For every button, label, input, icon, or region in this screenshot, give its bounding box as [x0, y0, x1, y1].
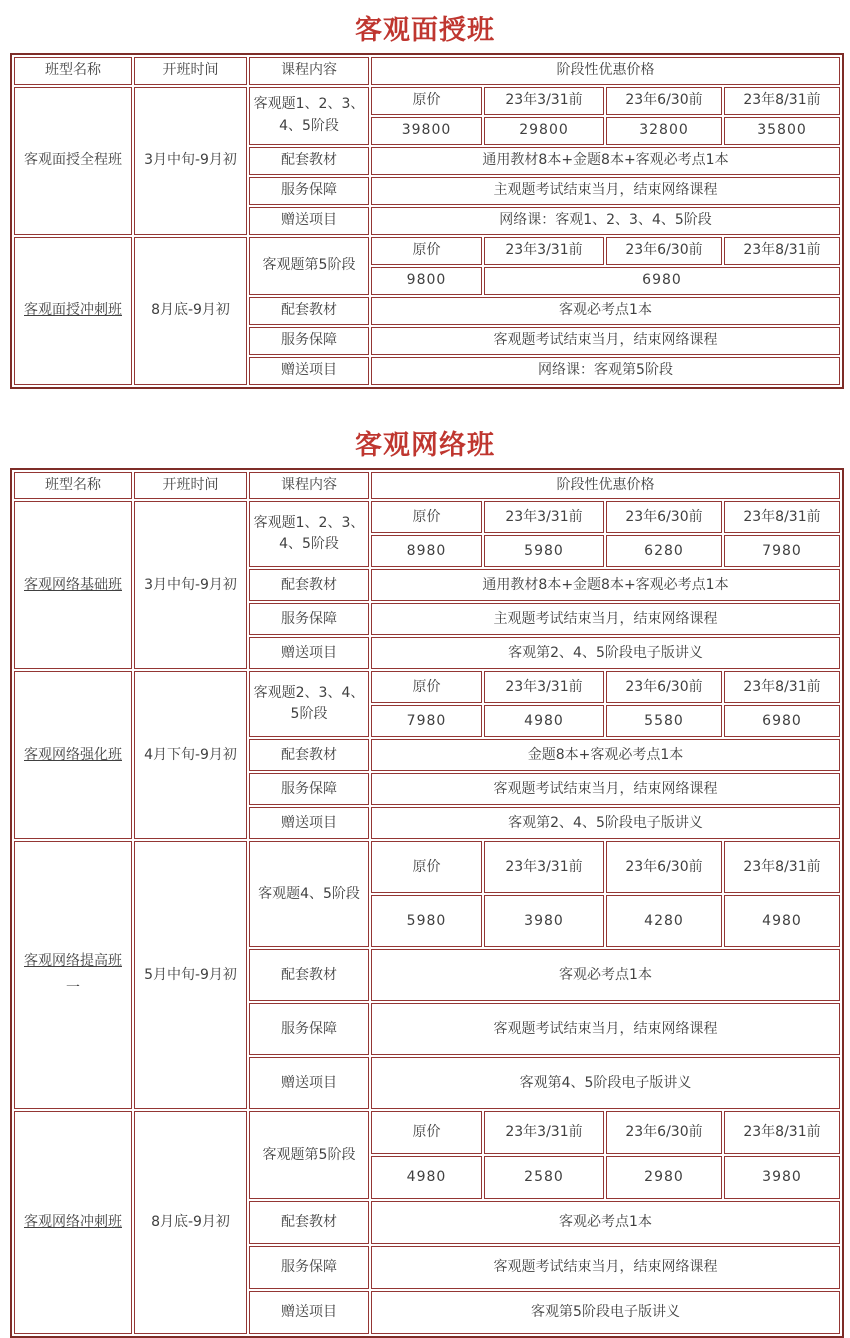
group-row-price-header: 客观面授冲刺班8月底-9月初客观题第5阶段原价23年3/31前23年6/30前2… [14, 237, 840, 265]
price-value-cell: 5980 [371, 895, 482, 947]
pricing-table: 班型名称开班时间课程内容阶段性优惠价格客观面授全程班3月中旬-9月初客观题1、2… [10, 53, 844, 389]
table-header-row: 班型名称开班时间课程内容阶段性优惠价格 [14, 57, 840, 85]
row-label-bonus: 赠送项目 [249, 637, 369, 669]
price-header-cell: 23年3/31前 [484, 237, 604, 265]
price-header-cell: 23年6/30前 [606, 87, 722, 115]
course-content-cell: 客观题4、5阶段 [249, 841, 369, 947]
row-label-materials: 配套教材 [249, 1201, 369, 1244]
price-header-cell: 23年8/31前 [724, 237, 840, 265]
start-time-cell: 4月下旬-9月初 [134, 671, 247, 839]
group-row-price-header: 客观面授全程班3月中旬-9月初客观题1、2、3、4、5阶段原价23年3/31前2… [14, 87, 840, 115]
row-label-bonus: 赠送项目 [249, 807, 369, 839]
price-header-cell: 23年6/30前 [606, 501, 722, 533]
row-value-bonus: 客观第2、4、5阶段电子版讲义 [371, 807, 840, 839]
price-header-cell: 原价 [371, 501, 482, 533]
pricing-section: 客观面授班班型名称开班时间课程内容阶段性优惠价格客观面授全程班3月中旬-9月初客… [0, 8, 850, 389]
price-header-cell: 23年3/31前 [484, 87, 604, 115]
group-row-price-header: 客观网络冲刺班8月底-9月初客观题第5阶段原价23年3/31前23年6/30前2… [14, 1111, 840, 1154]
pricing-section: 客观网络班班型名称开班时间课程内容阶段性优惠价格客观网络基础班3月中旬-9月初客… [0, 423, 850, 1338]
price-header-cell: 23年6/30前 [606, 841, 722, 893]
price-value-cell: 6980 [724, 705, 840, 737]
price-value-cell: 4280 [606, 895, 722, 947]
price-header-cell: 23年3/31前 [484, 841, 604, 893]
start-time-cell: 3月中旬-9月初 [134, 87, 247, 235]
course-content-cell: 客观题1、2、3、4、5阶段 [249, 87, 369, 145]
course-content-cell: 客观题第5阶段 [249, 237, 369, 295]
class-name-cell: 客观面授全程班 [14, 87, 132, 235]
price-header-cell: 23年8/31前 [724, 841, 840, 893]
price-value-cell: 5980 [484, 535, 604, 567]
page: 客观面授班班型名称开班时间课程内容阶段性优惠价格客观面授全程班3月中旬-9月初客… [0, 0, 850, 1338]
row-label-materials: 配套教材 [249, 569, 369, 601]
row-value-bonus: 客观第5阶段电子版讲义 [371, 1291, 840, 1334]
price-value-cell: 9800 [371, 267, 482, 295]
price-value-cell: 5580 [606, 705, 722, 737]
price-value-cell: 6980 [484, 267, 840, 295]
price-header-cell: 23年3/31前 [484, 1111, 604, 1154]
price-header-cell: 原价 [371, 87, 482, 115]
column-header-price: 阶段性优惠价格 [371, 57, 840, 85]
price-value-cell: 2980 [606, 1156, 722, 1199]
row-label-bonus: 赠送项目 [249, 1291, 369, 1334]
price-header-cell: 23年8/31前 [724, 1111, 840, 1154]
row-label-service: 服务保障 [249, 1246, 369, 1289]
class-name-cell: 客观网络强化班 [14, 671, 132, 839]
price-header-cell: 23年3/31前 [484, 671, 604, 703]
price-value-cell: 29800 [484, 117, 604, 145]
class-name-cell: 客观网络提高班一 [14, 841, 132, 1109]
class-name-text: 客观面授全程班 [24, 152, 122, 168]
row-label-service: 服务保障 [249, 177, 369, 205]
row-value-service: 主观题考试结束当月，结束网络课程 [371, 177, 840, 205]
row-label-bonus: 赠送项目 [249, 357, 369, 385]
price-value-cell: 39800 [371, 117, 482, 145]
price-value-cell: 7980 [371, 705, 482, 737]
column-header-course-content: 课程内容 [249, 472, 369, 500]
price-header-cell: 23年8/31前 [724, 671, 840, 703]
start-time-cell: 5月中旬-9月初 [134, 841, 247, 1109]
price-header-cell: 23年8/31前 [724, 87, 840, 115]
row-label-bonus: 赠送项目 [249, 207, 369, 235]
row-label-service: 服务保障 [249, 773, 369, 805]
row-value-bonus: 网络课：客观第5阶段 [371, 357, 840, 385]
course-content-cell: 客观题第5阶段 [249, 1111, 369, 1199]
class-name-line2: 一 [18, 978, 128, 1000]
group-row-price-header: 客观网络强化班4月下旬-9月初客观题2、3、4、5阶段原价23年3/31前23年… [14, 671, 840, 703]
column-header-price: 阶段性优惠价格 [371, 472, 840, 500]
price-value-cell: 3980 [484, 895, 604, 947]
row-value-materials: 客观必考点1本 [371, 1201, 840, 1244]
start-time-cell: 8月底-9月初 [134, 237, 247, 385]
class-name-text[interactable]: 客观网络基础班 [24, 577, 122, 593]
row-label-service: 服务保障 [249, 603, 369, 635]
course-content-cell: 客观题2、3、4、5阶段 [249, 671, 369, 737]
start-time-cell: 8月底-9月初 [134, 1111, 247, 1334]
price-header-cell: 23年6/30前 [606, 671, 722, 703]
column-header-start-time: 开班时间 [134, 472, 247, 500]
price-value-cell: 4980 [484, 705, 604, 737]
row-label-service: 服务保障 [249, 327, 369, 355]
pricing-table: 班型名称开班时间课程内容阶段性优惠价格客观网络基础班3月中旬-9月初客观题1、2… [10, 468, 844, 1338]
column-header-course-content: 课程内容 [249, 57, 369, 85]
row-value-materials: 客观必考点1本 [371, 949, 840, 1001]
price-value-cell: 4980 [371, 1156, 482, 1199]
row-value-materials: 客观必考点1本 [371, 297, 840, 325]
group-row-price-header: 客观网络提高班一5月中旬-9月初客观题4、5阶段原价23年3/31前23年6/3… [14, 841, 840, 893]
group-row-price-header: 客观网络基础班3月中旬-9月初客观题1、2、3、4、5阶段原价23年3/31前2… [14, 501, 840, 533]
row-value-service: 客观题考试结束当月，结束网络课程 [371, 1246, 840, 1289]
row-value-bonus: 客观第4、5阶段电子版讲义 [371, 1057, 840, 1109]
row-label-materials: 配套教材 [249, 949, 369, 1001]
price-header-cell: 原价 [371, 671, 482, 703]
price-value-cell: 8980 [371, 535, 482, 567]
class-name-cell: 客观网络冲刺班 [14, 1111, 132, 1334]
column-header-class-name: 班型名称 [14, 472, 132, 500]
class-name-text[interactable]: 客观网络强化班 [24, 747, 122, 763]
price-header-cell: 23年8/31前 [724, 501, 840, 533]
row-label-bonus: 赠送项目 [249, 1057, 369, 1109]
price-header-cell: 原价 [371, 237, 482, 265]
price-value-cell: 3980 [724, 1156, 840, 1199]
tables-container: 客观面授班班型名称开班时间课程内容阶段性优惠价格客观面授全程班3月中旬-9月初客… [0, 8, 850, 1338]
column-header-class-name: 班型名称 [14, 57, 132, 85]
table-header-row: 班型名称开班时间课程内容阶段性优惠价格 [14, 472, 840, 500]
row-value-bonus: 客观第2、4、5阶段电子版讲义 [371, 637, 840, 669]
price-header-cell: 23年6/30前 [606, 237, 722, 265]
row-value-materials: 通用教材8本+金题8本+客观必考点1本 [371, 147, 840, 175]
row-value-service: 客观题考试结束当月，结束网络课程 [371, 1003, 840, 1055]
class-name-text[interactable]: 客观面授冲刺班 [24, 302, 122, 318]
price-value-cell: 32800 [606, 117, 722, 145]
table-title: 客观面授班 [0, 8, 850, 47]
row-value-materials: 金题8本+客观必考点1本 [371, 739, 840, 771]
course-content-cell: 客观题1、2、3、4、5阶段 [249, 501, 369, 567]
column-header-start-time: 开班时间 [134, 57, 247, 85]
price-header-cell: 23年3/31前 [484, 501, 604, 533]
class-name-text[interactable]: 客观网络提高班 [24, 953, 122, 969]
price-value-cell: 6280 [606, 535, 722, 567]
row-value-materials: 通用教材8本+金题8本+客观必考点1本 [371, 569, 840, 601]
row-value-service: 客观题考试结束当月，结束网络课程 [371, 773, 840, 805]
row-value-bonus: 网络课：客观1、2、3、4、5阶段 [371, 207, 840, 235]
class-name-cell: 客观面授冲刺班 [14, 237, 132, 385]
start-time-cell: 3月中旬-9月初 [134, 501, 247, 669]
row-label-materials: 配套教材 [249, 739, 369, 771]
price-value-cell: 7980 [724, 535, 840, 567]
price-value-cell: 2580 [484, 1156, 604, 1199]
price-header-cell: 原价 [371, 841, 482, 893]
price-header-cell: 原价 [371, 1111, 482, 1154]
price-header-cell: 23年6/30前 [606, 1111, 722, 1154]
table-title: 客观网络班 [0, 423, 850, 462]
price-value-cell: 35800 [724, 117, 840, 145]
row-label-materials: 配套教材 [249, 147, 369, 175]
row-label-materials: 配套教材 [249, 297, 369, 325]
row-value-service: 主观题考试结束当月，结束网络课程 [371, 603, 840, 635]
row-value-service: 客观题考试结束当月，结束网络课程 [371, 327, 840, 355]
row-label-service: 服务保障 [249, 1003, 369, 1055]
class-name-text[interactable]: 客观网络冲刺班 [24, 1214, 122, 1230]
class-name-cell: 客观网络基础班 [14, 501, 132, 669]
price-value-cell: 4980 [724, 895, 840, 947]
